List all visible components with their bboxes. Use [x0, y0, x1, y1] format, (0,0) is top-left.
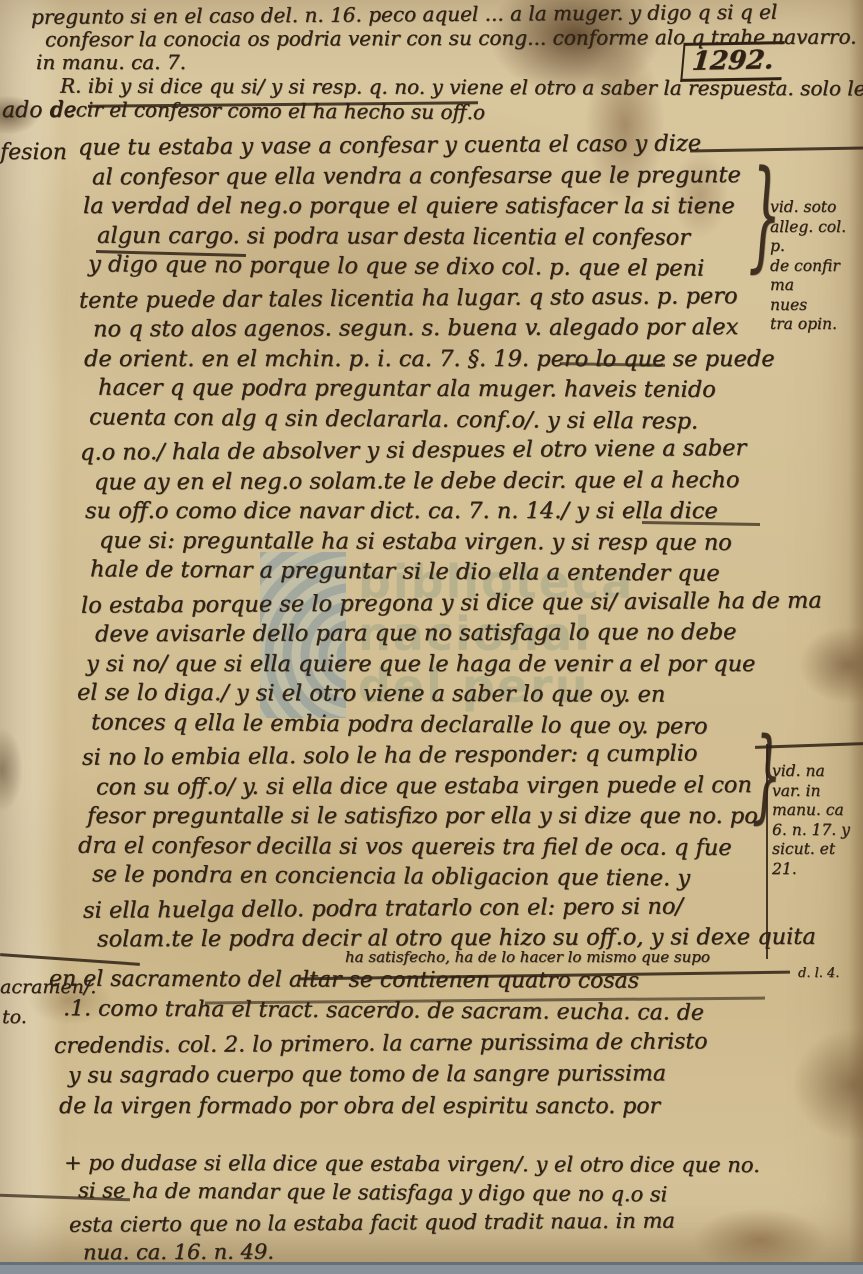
manuscript-line: tente puede dar tales licentia ha lugar.…	[79, 280, 863, 316]
manuscript-page: bibliotecanacionaldel perú 1292. ado de …	[0, 0, 863, 1262]
manuscript-line: fesor preguntalle si le satisfizo por el…	[87, 801, 863, 832]
margin-note-line: tra opin.	[770, 315, 862, 335]
folio-number: 1292.	[680, 41, 785, 82]
paragraph: + po dudase si ella dice que estaba virg…	[72, 1150, 863, 1262]
manuscript-line: que tu estaba y vase a confesar y cuenta…	[78, 127, 863, 163]
margin-note-left: ado de	[2, 98, 77, 123]
manuscript-line: esta cierto que no la estaba facit quod …	[69, 1205, 863, 1240]
margin-note-right: d. l. 4.	[798, 964, 863, 984]
margin-note-left: fesion	[0, 140, 67, 165]
manuscript-line: hacer q que podra preguntar ala muger. h…	[98, 373, 863, 406]
manuscript-line: deve avisarle dello para que no satisfag…	[95, 617, 863, 650]
manuscript-line: q.o no./ hala de absolver y si despues e…	[80, 432, 863, 468]
margin-note-line: var. in	[772, 782, 863, 802]
margin-note-line: 21.	[772, 860, 863, 880]
manuscript-line: al confesor que ella vendra a confesarse…	[92, 159, 863, 192]
margin-note-line: vid. soto	[770, 198, 862, 218]
paragraph: que tu estaba y vase a confesar y cuenta…	[88, 130, 863, 954]
margin-note-line: sicut. et	[772, 840, 863, 860]
margin-note-left: to.	[2, 1006, 27, 1028]
margin-note-left: acramen/.	[0, 976, 96, 998]
margin-brace: }	[749, 190, 781, 241]
manuscript-line: decir el confesor como el ha hecho su of…	[51, 97, 863, 128]
manuscript-line: + po dudase si ella dice que estaba virg…	[64, 1149, 863, 1181]
manuscript-line: de orient. en el mchin. p. i. ca. 7. §. …	[84, 344, 863, 375]
margin-note-right: } vid. sotoalleg. col. p.de confirmanues…	[770, 198, 862, 335]
margin-note-line: ma	[770, 276, 862, 296]
manuscript-line: lo estaba porque se lo pregona y si dice…	[81, 585, 863, 621]
manuscript-line: de la virgen formado por obra del espiri…	[59, 1091, 863, 1123]
manuscript-line: que si: preguntalle ha si estaba virgen.…	[99, 525, 863, 558]
manuscript-line: credendis. col. 2. lo primero. la carne …	[54, 1025, 863, 1062]
manuscript-line: si no lo embia ella. solo le ha de respo…	[82, 737, 863, 773]
margin-note-line: de confir	[770, 257, 862, 277]
manuscript-line: con su off.o/ y. si ella dice que estaba…	[96, 769, 863, 802]
manuscript-line: y digo que no porque lo que se dixo col.…	[88, 249, 863, 285]
manuscript-line: nua. ca. 16. n. 49.	[83, 1236, 863, 1262]
manuscript-line: su off.o como dice navar dict. ca. 7. n.…	[85, 496, 863, 527]
manuscript-line: no q sto alos agenos. segun. s. buena v.…	[93, 312, 863, 345]
interline-insertion: ha satisfecho, ha de lo hacer lo mismo q…	[345, 949, 863, 965]
manuscript-line: se le pondra en conciencia la obligacion…	[92, 859, 863, 895]
margin-note-right: } vid. navar. inmanu. ca6. n. 17. ysicut…	[772, 762, 863, 879]
manuscript-line: la verdad del neg.o porque el quiere sat…	[83, 191, 863, 222]
margin-note-line: nues	[770, 296, 862, 316]
margin-note-line: vid. na	[772, 762, 863, 782]
manuscript-line: que ay en el neg.o solam.te le debe deci…	[94, 464, 863, 497]
manuscript-line: .1. como traha el tract. sacerdo. de sac…	[63, 993, 863, 1030]
manuscript-line: y si no/ que si ella quiere que le haga …	[86, 649, 863, 680]
manuscript-line: en el sacramento del altar se contienen …	[49, 963, 863, 997]
manuscript-line: si ella huelga dello. podra tratarlo con…	[83, 890, 863, 926]
manuscript-line: hale de tornar a preguntar si le dio ell…	[90, 554, 863, 590]
margin-note-line: 6. n. 17. y	[772, 821, 863, 841]
paragraph: en el sacramento del altar se contienen …	[58, 965, 863, 1123]
manuscript-line: ha satisfecho, ha de lo hacer lo mismo q…	[345, 949, 863, 965]
manuscript-line: dra el confesor decilla si vos quereis t…	[78, 830, 863, 863]
margin-note-line: manu. ca	[772, 801, 863, 821]
manuscript-line: el se lo diga./ y si el otro viene a sab…	[77, 678, 863, 711]
margin-note-line: alleg. col. p.	[770, 218, 862, 257]
margin-note-line: d. l. 4.	[798, 964, 863, 984]
paragraph: R. ibi y si dice qu si/ y si resp. q. no…	[52, 75, 863, 125]
manuscript-line: y su sagrado cuerpo que tomo de la sangr…	[68, 1058, 863, 1092]
manuscript-text: pregunto si en el caso del. n. 16. peco …	[0, 2, 863, 1262]
margin-brace: }	[752, 754, 781, 797]
